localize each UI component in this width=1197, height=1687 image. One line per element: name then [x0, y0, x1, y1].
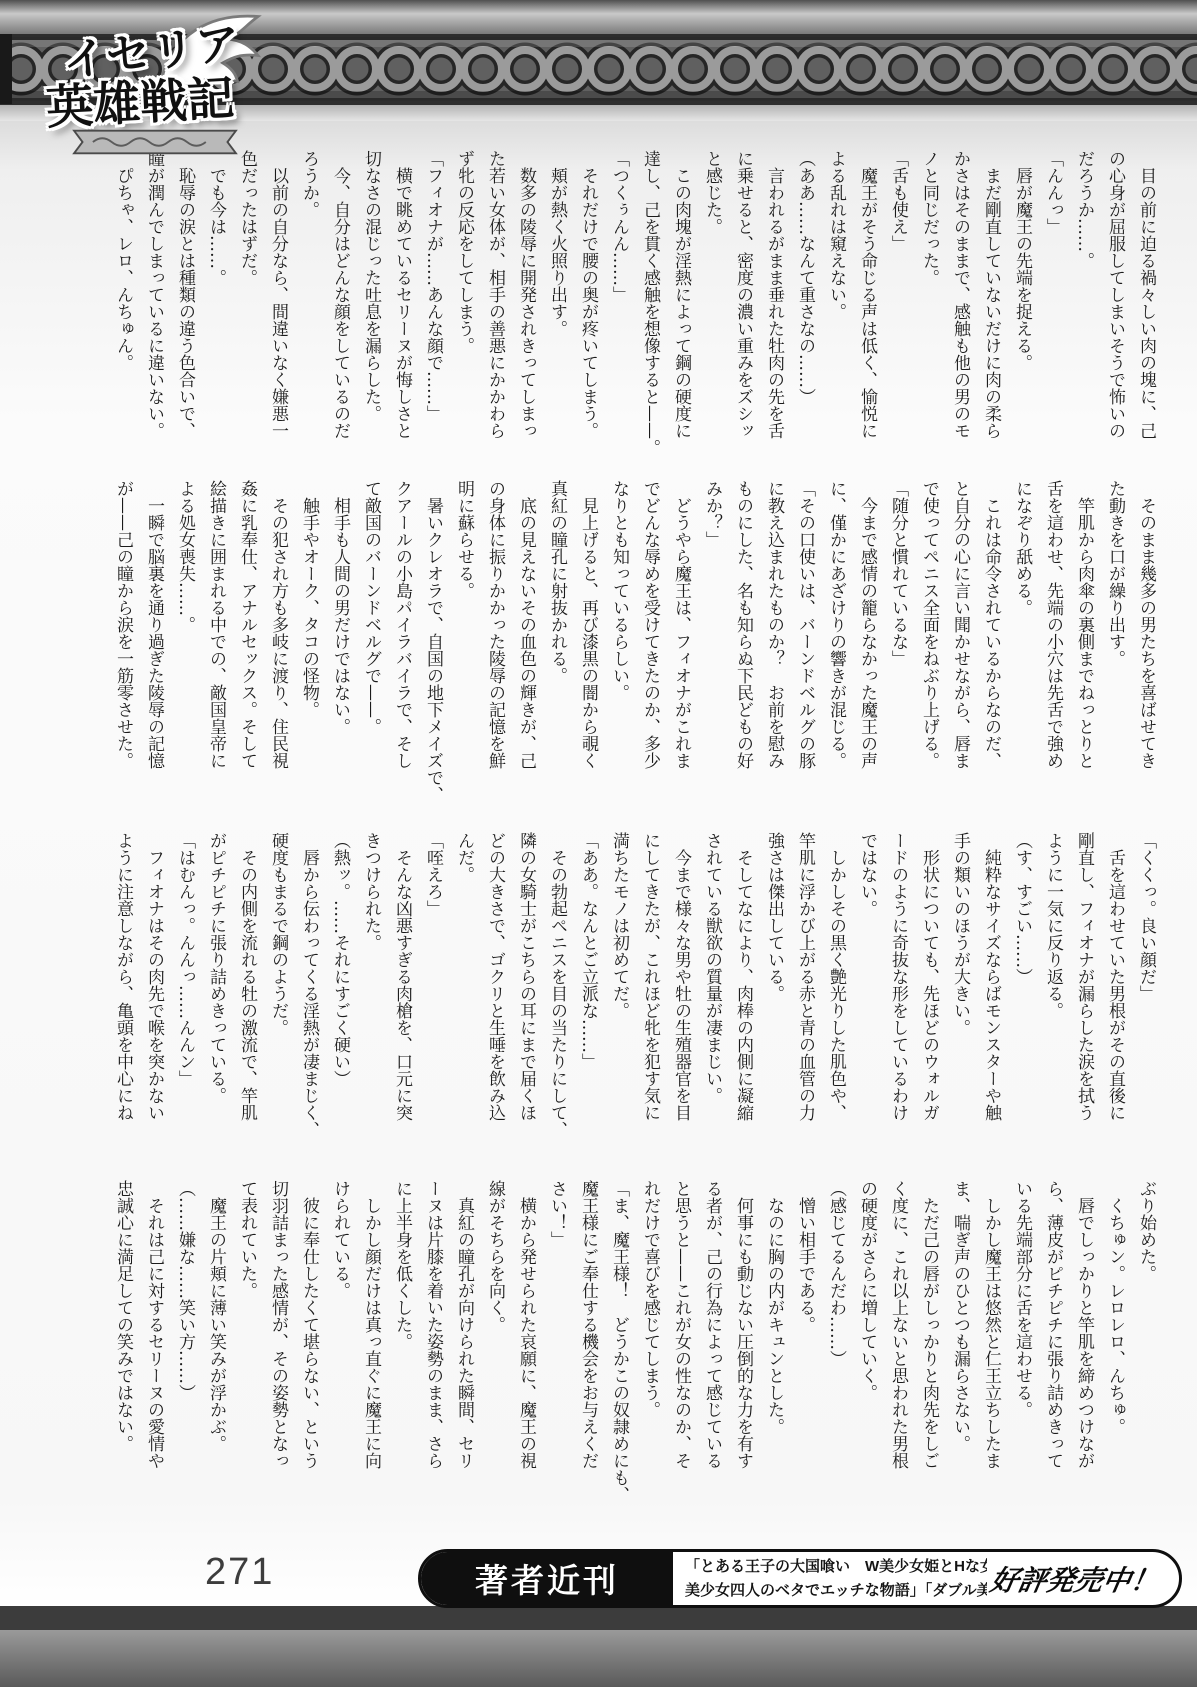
text-column: 純粋なサイズならばモンスターや触 [975, 832, 1006, 1162]
text-column: 硬度もまるで鋼のようだ。 [262, 832, 293, 1162]
text-column: 唇が魔王の先端を捉える。 [1006, 150, 1037, 472]
text-column: ら、薄皮がピチピチに張り詰めきって [1037, 1180, 1068, 1546]
text-column: んだ。 [448, 832, 479, 1162]
text-column: 「はむんっ。んんっ……んんン」 [169, 832, 200, 1162]
text-column: 竿肌から肉傘の裏側までねっとりと [1068, 480, 1099, 824]
text-column: でも今は……。 [200, 150, 231, 472]
text-column: 今まで様々な男や牡の生殖器官を目 [665, 832, 696, 1162]
text-column: 憎い相手である。 [789, 1180, 820, 1546]
text-column: 今、自分はどんな顔をしているのだ [324, 150, 355, 472]
book-titles-line1: 「とある王子の大国喰い W美少女姫とHな女王様で母娘丼」「ハーレム王に俺はなる！… [685, 1555, 983, 1578]
text-column: けられている。 [324, 1180, 355, 1546]
text-column: ノと同じだった。 [913, 150, 944, 472]
text-column: 唇でしっかりと竿肌を締めつけなが [1068, 1180, 1099, 1546]
text-column: だろうか……。 [1068, 150, 1099, 472]
text-column: 魔王の片頬に薄い笑みが浮かぶ。 [200, 1180, 231, 1546]
text-column: 見上げると、再び漆黒の闇から覗く [572, 480, 603, 824]
text-column: に教え込まれたものか？ お前を慰み [758, 480, 789, 824]
text-column: で使ってペニス全面をねぶり上げる。 [913, 480, 944, 824]
text-column: さい！」 [541, 1180, 572, 1546]
bottom-gray-bar [0, 1630, 1197, 1687]
text-column: 魔王様にご奉仕する機会をお与えくだ [572, 1180, 603, 1546]
text-column: ま、喘ぎ声のひとつも漏らさない。 [944, 1180, 975, 1546]
text-band-1: 目の前に迫る禍々しい肉の塊に、己の心身が屈服してしまいそうで怖いのだろうか……。… [107, 150, 1161, 472]
text-column: ぴちゃ、レロ、んちゅん。 [107, 150, 138, 472]
author-books-badge: 著者近刊 [421, 1552, 673, 1605]
text-band-3: 「くくっ。良い顔だ」 舌を這わせていた男根がその直後に剛直し、フィオナが漏らした… [107, 832, 1161, 1162]
text-column: かさはそのままで、感触も他の男のモ [944, 150, 975, 472]
text-column: どうやら魔王は、フィオナがこれま [665, 480, 696, 824]
series-logo: イセリア 英雄戦記 [26, 4, 336, 164]
text-column: 相手も人間の男だけではない。 [324, 480, 355, 824]
text-column: （……嫌な……笑い方……） [169, 1180, 200, 1546]
text-column: 強さは傑出している。 [758, 832, 789, 1162]
text-band-2: そのまま幾多の男たちを喜ばせてきた動きを口が繰り出す。 竿肌から肉傘の裏側までね… [107, 480, 1161, 824]
text-column: フィオナはその肉先で喉を突かない [138, 832, 169, 1162]
on-sale-label: 好評発売中！ [982, 1552, 1182, 1605]
text-column: （熱ッ。……それにすごく硬い） [324, 832, 355, 1162]
text-column: ーヌは片膝を着いた姿勢のまま、さら [417, 1180, 448, 1546]
text-column: 切羽詰まった感情が、その姿勢となっ [262, 1180, 293, 1546]
text-column: 暑いクレオラで、自国の地下メイズで、 [417, 480, 448, 824]
header-left-edge [0, 34, 12, 104]
text-column: がピチピチに張り詰めきっている。 [200, 832, 231, 1162]
text-column: 今まで感情の籠らなかった魔王の声 [851, 480, 882, 824]
text-column: 魔王がそう命じる声は低く、愉悦に [851, 150, 882, 472]
text-column: にしてきたが、これほど牝を犯す気に [634, 832, 665, 1162]
text-column: 横から発せられた哀願に、魔王の視 [510, 1180, 541, 1546]
text-column: た動きを口が繰り出す。 [1099, 480, 1130, 824]
text-column: に乗せると、密度の濃い重みをズシッ [727, 150, 758, 472]
text-column: ただ己の唇がしっかりと肉先をしご [913, 1180, 944, 1546]
page-number: 271 [205, 1551, 274, 1594]
text-column: しかし顔だけは真っ直ぐに魔王に向 [355, 1180, 386, 1546]
text-column: しかしその黒く艶光りした肌色や、 [820, 832, 851, 1162]
text-column: れだけで喜びを感じてしまう。 [634, 1180, 665, 1546]
text-column: 満ちたモノは初めてだ。 [603, 832, 634, 1162]
text-column: よる処女喪失……。 [169, 480, 200, 824]
text-column: に上半身を低くした。 [386, 1180, 417, 1546]
book-titles: 「とある王子の大国喰い W美少女姫とHな女王様で母娘丼」「ハーレム王に俺はなる！… [673, 1552, 987, 1605]
text-column: 舌を這わせ、先端の小穴は先舌で強め [1037, 480, 1068, 824]
text-column: 数多の陵辱に開発されきってしまっ [510, 150, 541, 472]
text-column: そんな凶悪すぎる肉槍を、口元に突 [386, 832, 417, 1162]
text-column: 忠誠心に満足しての笑みではない。 [107, 1180, 138, 1546]
text-column: 瞳が潤んでしまっているに違いない。 [138, 150, 169, 472]
text-column: の硬度がさらに増していく。 [851, 1180, 882, 1546]
text-column: 以前の自分なら、間違いなく嫌悪一 [262, 150, 293, 472]
text-column: と思うと——これが女の性なのか、そ [665, 1180, 696, 1546]
text-column: どの大きさで、ゴクリと生唾を飲み込 [479, 832, 510, 1162]
text-column: 「咥えろ」 [417, 832, 448, 1162]
text-column: ぶり始めた。 [1130, 1180, 1161, 1546]
publisher-strip: 著者近刊 「とある王子の大国喰い W美少女姫とHな女王様で母娘丼」「ハーレム王に… [418, 1549, 1182, 1608]
text-column: ろうか。 [293, 150, 324, 472]
text-column: なのに胸の内がキュンとした。 [758, 1180, 789, 1546]
text-column: 「んんっ」 [1037, 150, 1068, 472]
text-column: る者が、己の行為によって感じている [696, 1180, 727, 1546]
text-column: ように注意しながら、亀頭を中心にね [107, 832, 138, 1162]
text-column: 彼に奉仕したくて堪らない、という [293, 1180, 324, 1546]
text-column: て表れていた。 [231, 1180, 262, 1546]
text-column: 明に蘇らせる。 [448, 480, 479, 824]
text-column: その内側を流れる牡の激流で、竿肌 [231, 832, 262, 1162]
text-column: 切なさの混じった吐息を漏らした。 [355, 150, 386, 472]
text-column: それだけで腰の奥が疼いてしまう。 [572, 150, 603, 472]
text-column: て敵国のバーンドベルグで——。 [355, 480, 386, 824]
text-column: が——己の瞳から涙を一筋零させた。 [107, 480, 138, 824]
text-column: 「つくぅんん……」 [603, 150, 634, 472]
text-column: 線がそちらを向く。 [479, 1180, 510, 1546]
text-band-4: ぶり始めた。 くちゅン。レロレロ、んちゅ。 唇でしっかりと竿肌を締めつけながら、… [107, 1180, 1161, 1546]
text-column: これは命令されているからなのだ、 [975, 480, 1006, 824]
text-column: なりとも知っているらしい。 [603, 480, 634, 824]
text-column: その犯され方も多岐に渡り、住民視 [262, 480, 293, 824]
text-column: 「舌も使え」 [882, 150, 913, 472]
text-column: 恥辱の涙とは種類の違う色合いで、 [169, 150, 200, 472]
text-column: 頬が熱く火照り出す。 [541, 150, 572, 472]
text-column: 達し、己を貫く感触を想像すると——。 [634, 150, 665, 472]
text-column: になぞり舐める。 [1006, 480, 1037, 824]
text-column: 「随分と慣れているな」 [882, 480, 913, 824]
text-column: 竿肌に浮かび上がる赤と青の血管の力 [789, 832, 820, 1162]
text-column: 絵描きに囲まれる中での、敵国皇帝に [200, 480, 231, 824]
text-column: （す、すごい……） [1006, 832, 1037, 1162]
text-column: 何事にも動じない圧倒的な力を有す [727, 1180, 758, 1546]
text-column: 唇から伝わってくる淫熱が凄まじく、 [293, 832, 324, 1162]
novel-page: イセリア 英雄戦記 目の前に迫る禍々しい肉の塊に、己の心身が屈服してしまいそうで… [0, 0, 1197, 1687]
text-column: クアールの小島パイラバイラで、そし [386, 480, 417, 824]
text-column: しかし魔王は悠然と仁王立ちしたま [975, 1180, 1006, 1546]
text-column: ではない。 [851, 832, 882, 1162]
text-column: 「フィオナが……あんな顔で……」 [417, 150, 448, 472]
text-column: きつけられた。 [355, 832, 386, 1162]
text-column: 触手やオーク、タコの怪物。 [293, 480, 324, 824]
text-column: されている獣欲の質量が凄まじい。 [696, 832, 727, 1162]
text-column: 「くくっ。良い顔だ」 [1130, 832, 1161, 1162]
text-column: 「ああ。なんとご立派な……」 [572, 832, 603, 1162]
text-column: 色だったはずだ。 [231, 150, 262, 472]
text-column: の心身が屈服してしまいそうで怖いの [1099, 150, 1130, 472]
text-column: 手の類いのほうが大きい。 [944, 832, 975, 1162]
book-titles-line2: 美少女四人のベタでエッチな物語」「ダブル美少女の心を読んでラブ奴隷に落とした件」… [685, 1579, 983, 1602]
text-column: この肉塊が淫熱によって鋼の硬度に [665, 150, 696, 472]
text-column: その勃起ペニスを目の当たりにして、 [541, 832, 572, 1162]
text-column: 舌を這わせていた男根がその直後に [1099, 832, 1130, 1162]
text-column: 姦に乳奉仕、アナルセックス。そして [231, 480, 262, 824]
text-column: そのまま幾多の男たちを喜ばせてき [1130, 480, 1161, 824]
text-column: 「その口使いは、バーンドベルグの豚 [789, 480, 820, 824]
text-column: でどんな辱めを受けてきたのか、多少 [634, 480, 665, 824]
text-column: ードのように奇抜な形をしているわけ [882, 832, 913, 1162]
text-column: ず牝の反応をしてしまう。 [448, 150, 479, 472]
text-column: （感じてるんだわ……） [820, 1180, 851, 1546]
bottom-dark-bar [0, 1606, 1197, 1630]
text-column: 目の前に迫る禍々しい肉の塊に、己 [1130, 150, 1161, 472]
text-column: 一瞬で脳裏を通り過ぎた陵辱の記憶 [138, 480, 169, 824]
text-column: ように一気に反り返る。 [1037, 832, 1068, 1162]
text-column: そしてなにより、肉棒の内側に凝縮 [727, 832, 758, 1162]
text-column: よる乱れは窺えない。 [820, 150, 851, 472]
text-column: ものにした、名も知らぬ下民どもの好 [727, 480, 758, 824]
text-column: （ああ……なんて重さなの……） [789, 150, 820, 472]
text-column: 真紅の瞳孔に射抜かれる。 [541, 480, 572, 824]
text-column: いる先端部分に舌を這わせる。 [1006, 1180, 1037, 1546]
text-column: く度に、これ以上ないと思われた男根 [882, 1180, 913, 1546]
text-column: 底の見えないその血色の輝きが、己 [510, 480, 541, 824]
text-column: くちゅン。レロレロ、んちゅ。 [1099, 1180, 1130, 1546]
text-column: た若い女体が、相手の善悪にかかわら [479, 150, 510, 472]
text-column: それは己に対するセリーヌの愛情や [138, 1180, 169, 1546]
text-column: と自分の心に言い聞かせながら、唇ま [944, 480, 975, 824]
text-column: 横で眺めているセリーヌが悔しさと [386, 150, 417, 472]
text-column: に、僅かにあざけりの響きが混じる。 [820, 480, 851, 824]
text-column: 形状についても、先ほどのウォルガ [913, 832, 944, 1162]
text-column: 言われるがまま垂れた牡肉の先を舌 [758, 150, 789, 472]
text-column: みか？」 [696, 480, 727, 824]
text-column: と感じた。 [696, 150, 727, 472]
text-column: 隣の女騎士がこちらの耳にまで届くほ [510, 832, 541, 1162]
ribbon-banner-icon [60, 126, 250, 158]
text-column: の身体に振りかかった陵辱の記憶を鮮 [479, 480, 510, 824]
text-column: 剛直し、フィオナが漏らした涙を拭う [1068, 832, 1099, 1162]
text-column: まだ剛直していないだけに肉の柔ら [975, 150, 1006, 472]
text-column: 「ま、魔王様！ どうかこの奴隷めにも、 [603, 1180, 634, 1546]
text-column: 真紅の瞳孔が向けられた瞬間、セリ [448, 1180, 479, 1546]
